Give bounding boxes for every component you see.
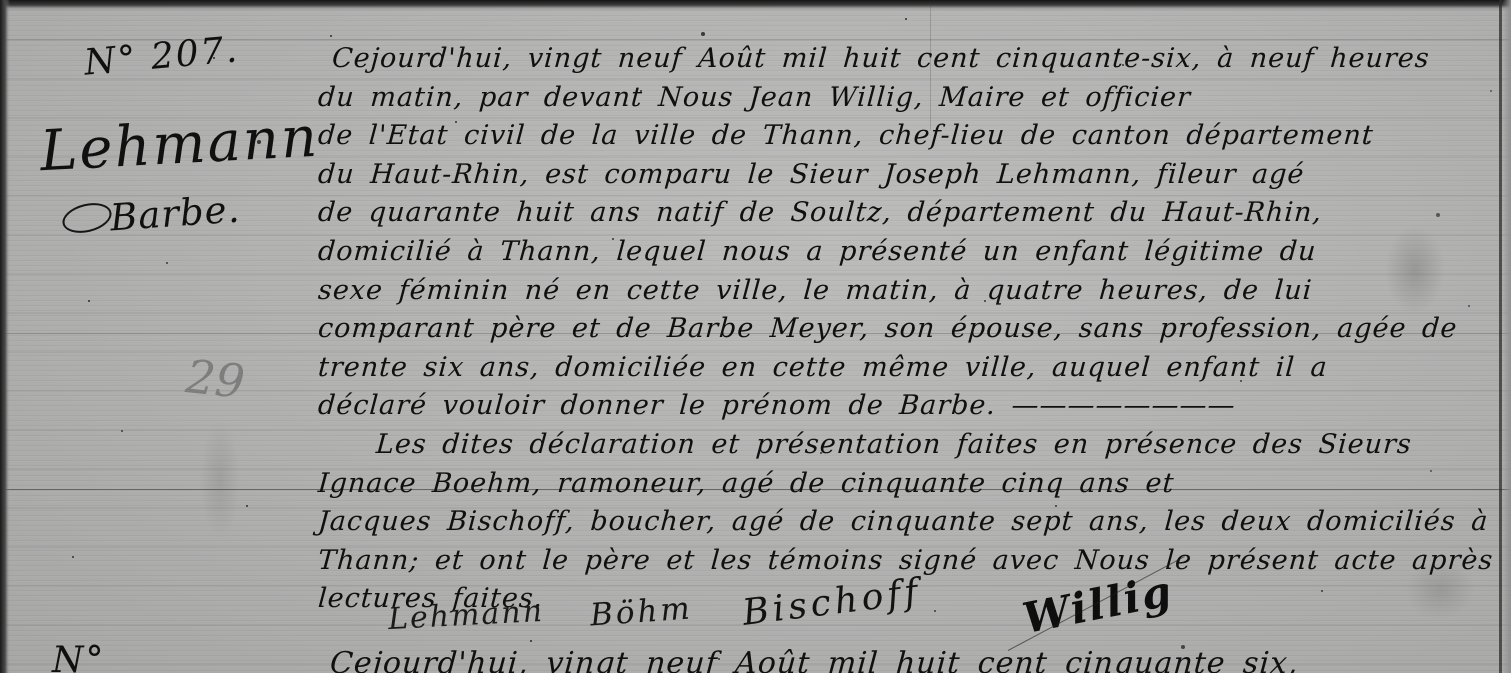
act-line: déclaré vouloir donner le prénom de Barb… xyxy=(317,387,1500,426)
next-act-first-line: Cejourd'hui, vingt neuf Août mil huit ce… xyxy=(329,646,1300,673)
margin-flourish-oval xyxy=(59,198,114,237)
scan-page: N° 207. Lehmann Barbe. 29 N° Cejourd'hui… xyxy=(0,0,1511,673)
act-line: Les dites déclaration et présentation fa… xyxy=(317,426,1500,465)
margin-surname: Lehmann xyxy=(38,105,320,185)
signature-boehm: Böhm xyxy=(589,590,694,633)
scan-edge-top xyxy=(0,0,1511,11)
act-line: du Haut-Rhin, est comparu le Sieur Josep… xyxy=(317,156,1500,195)
signature-lehmann: Lehmann xyxy=(387,594,545,637)
act-line: trente six ans, domiciliée en cette même… xyxy=(317,349,1500,388)
act-line: de quarante huit ans natif de Soultz, dé… xyxy=(317,194,1500,233)
act-line: domicilié à Thann, lequel nous a présent… xyxy=(317,233,1500,272)
act-line: Cejourd'hui, vingt neuf Août mil huit ce… xyxy=(317,40,1500,79)
act-line: sexe féminin né en cette ville, le matin… xyxy=(317,272,1500,311)
paper-smudge xyxy=(200,420,240,540)
margin-pencil-number: 29 xyxy=(183,349,247,409)
act-line: Jacques Bischoff, boucher, agé de cinqua… xyxy=(317,503,1500,542)
act-line: comparant père et de Barbe Meyer, son ép… xyxy=(317,310,1500,349)
margin-act-number: N° 207. xyxy=(83,29,241,83)
act-text: Cejourd'hui, vingt neuf Août mil huit ce… xyxy=(318,40,1498,619)
scan-edge-right-shade xyxy=(1502,0,1511,673)
scan-edge-left xyxy=(0,0,10,673)
act-line: de l'Etat civil de la ville de Thann, ch… xyxy=(317,117,1500,156)
act-line: du matin, par devant Nous Jean Willig, M… xyxy=(317,79,1500,118)
act-line: Ignace Boehm, ramoneur, agé de cinquante… xyxy=(317,465,1500,504)
next-act-number: N° xyxy=(52,640,106,673)
margin-given-name: Barbe. xyxy=(109,188,242,240)
